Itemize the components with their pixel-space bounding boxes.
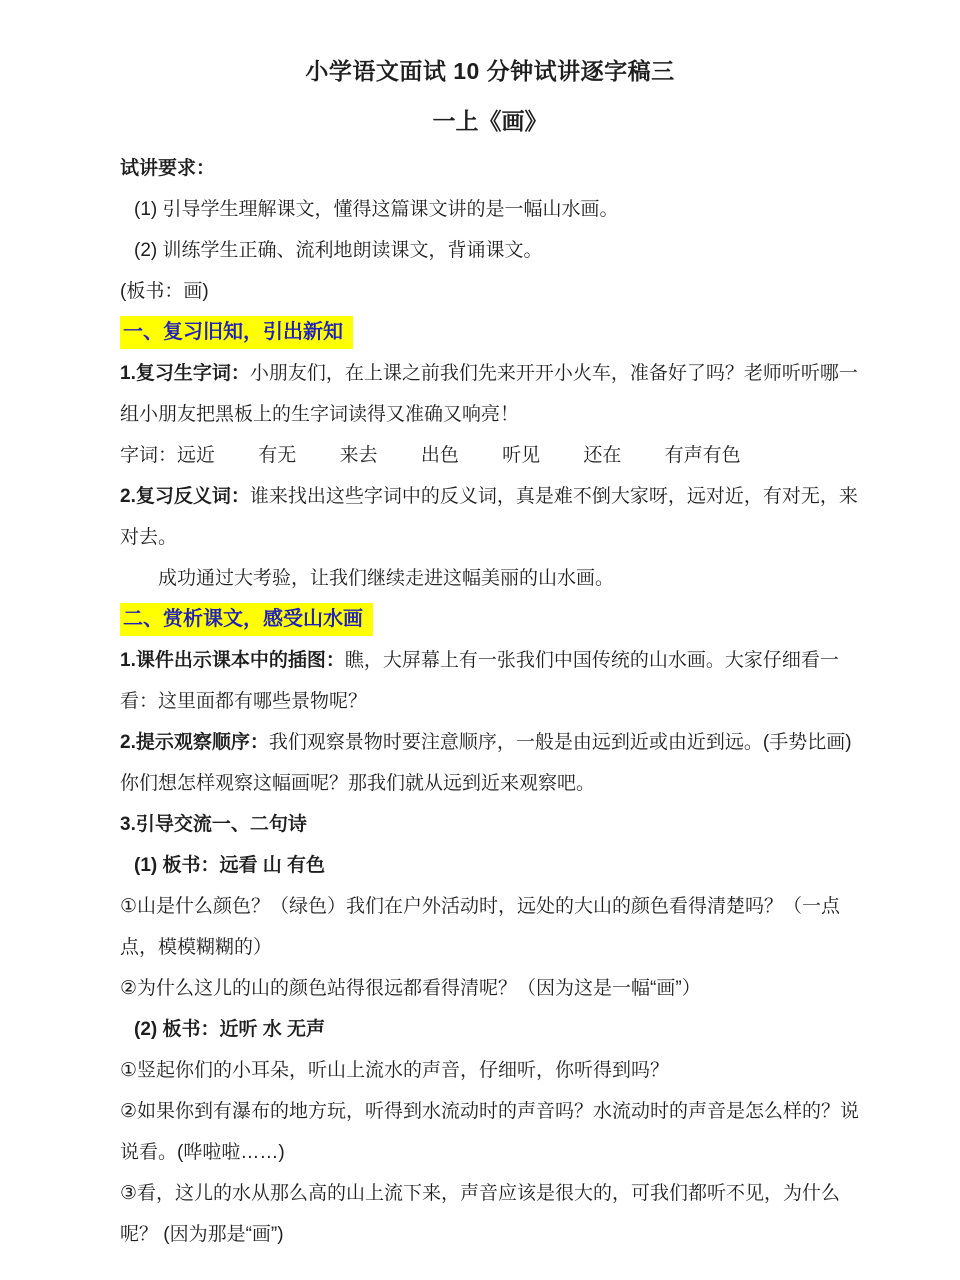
requirement-item-1: (1) 引导学生理解课文，懂得这篇课文讲的是一幅山水画。	[120, 189, 860, 230]
para-review-words-lead: 1.复习生字词：	[120, 363, 250, 384]
section-2-heading-text: 二、赏析课文，感受山水画	[120, 603, 373, 636]
document-page: 小学语文面试 10 分钟试讲逐字稿三 一上《画》 试讲要求： (1) 引导学生理…	[0, 0, 960, 1280]
board-note: (板书：画)	[120, 271, 860, 312]
para-observe-order: 2.提示观察顺序：我们观察景物时要注意顺序，一般是由远到近或由近到远。(手势比画…	[120, 722, 860, 804]
para-transition: 成功通过大考验，让我们继续走进这幅美丽的山水画。	[120, 558, 860, 599]
para-review-words: 1.复习生字词：小朋友们，在上课之前我们先来开开小火车，准备好了吗？老师听听哪一…	[120, 353, 860, 435]
requirement-item-2: (2) 训练学生正确、流利地朗读课文，背诵课文。	[120, 230, 860, 271]
question-2-2: ②如果你到有瀑布的地方玩，听得到水流动时的声音吗？水流动时的声音是怎么样的？说说…	[120, 1091, 860, 1173]
question-2-3: ③看，这儿的水从那么高的山上流下来，声音应该是很大的，可我们都听不见，为什么呢？…	[120, 1173, 860, 1255]
board-line-1: (1) 板书：远看 山 有色	[120, 845, 860, 886]
requirements-label: 试讲要求：	[120, 148, 860, 189]
doc-body: 试讲要求： (1) 引导学生理解课文，懂得这篇课文讲的是一幅山水画。 (2) 训…	[120, 148, 860, 1255]
question-1-1: ①山是什么颜色？（绿色）我们在户外活动时，远处的大山的颜色看得清楚吗？（一点点，…	[120, 886, 860, 968]
doc-title: 小学语文面试 10 分钟试讲逐字稿三	[120, 50, 860, 92]
para-guide-lines: 3.引导交流一、二句诗	[120, 804, 860, 845]
question-1-2: ②为什么这儿的山的颜色站得很远都看得清呢？（因为这是一幅“画”）	[120, 968, 860, 1009]
para-show-illustration: 1.课件出示课本中的插图：瞧，大屏幕上有一张我们中国传统的山水画。大家仔细看一看…	[120, 640, 860, 722]
para-review-antonyms: 2.复习反义词：谁来找出这些字词中的反义词，真是难不倒大家呀，远对近，有对无，来…	[120, 476, 860, 558]
word-list: 字词：远近 有无 来去 出色 听见 还在 有声有色	[120, 435, 860, 476]
section-1-heading: 一、复习旧知，引出新知	[120, 312, 860, 353]
section-2-heading: 二、赏析课文，感受山水画	[120, 599, 860, 640]
para-review-antonyms-lead: 2.复习反义词：	[120, 486, 250, 507]
section-1-heading-text: 一、复习旧知，引出新知	[120, 316, 353, 349]
board-line-2: (2) 板书：近听 水 无声	[120, 1009, 860, 1050]
para-show-illustration-lead: 1.课件出示课本中的插图：	[120, 650, 345, 671]
question-2-1: ①竖起你们的小耳朵，听山上流水的声音，仔细听，你听得到吗？	[120, 1050, 860, 1091]
para-observe-order-lead: 2.提示观察顺序：	[120, 732, 269, 753]
doc-subtitle: 一上《画》	[120, 100, 860, 142]
